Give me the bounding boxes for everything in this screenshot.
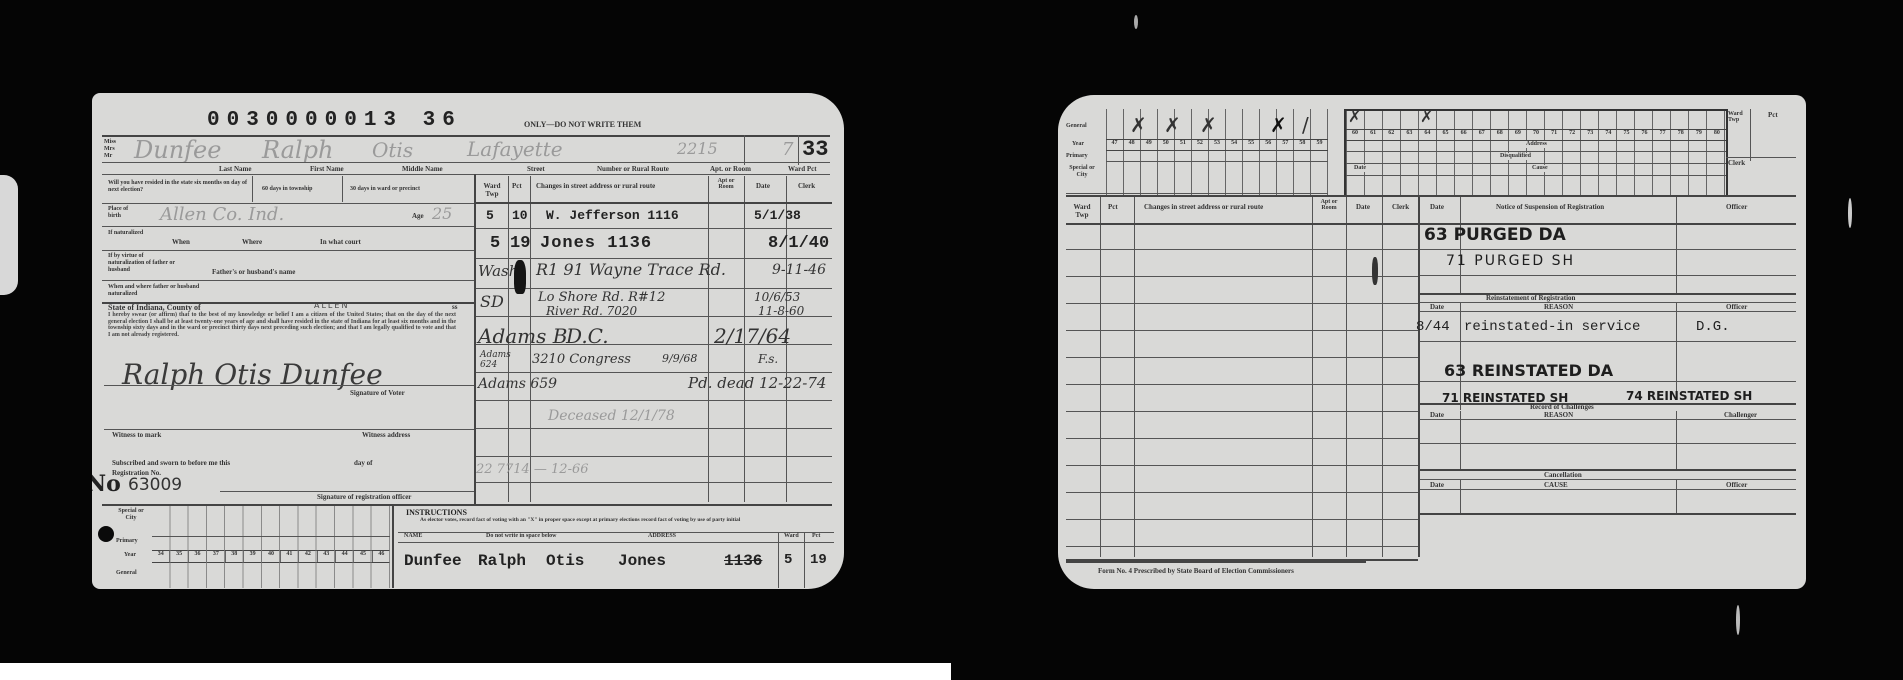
adjacent-card-edge bbox=[0, 175, 18, 295]
change-row-ward: 5 bbox=[490, 234, 500, 253]
change-row-ward: Adams 659 bbox=[478, 376, 557, 392]
reinstatement-entry: 74 REINSTATED SH bbox=[1626, 389, 1752, 403]
change-row-date: 9/9/68 bbox=[662, 352, 697, 365]
street-value: Lafayette bbox=[467, 137, 563, 161]
reinstatement-reason: reinstated-in service bbox=[1464, 319, 1640, 335]
voter-signature: Ralph Otis Dunfee bbox=[122, 358, 383, 391]
change-row-clerk: F.s. bbox=[758, 352, 778, 366]
voting-record-grid-top: General Year Primary Special or City 47 … bbox=[1066, 109, 1330, 195]
change-row-pct: 10 bbox=[512, 208, 528, 223]
voting-record-grid: Special or City Primary Year General 34 … bbox=[116, 506, 398, 588]
year-row: 47 48 49 50 51 52 53 54 55 56 57 58 59 bbox=[1106, 139, 1328, 151]
registration-number: 63009 bbox=[128, 475, 182, 495]
vote-x-mark: ✗ bbox=[1164, 113, 1181, 137]
change-row-address: Deceased 12/1/78 bbox=[548, 408, 675, 424]
registration-card-front: 0030000013 36 ONLY—DO NOT WRITE THEM Mis… bbox=[92, 93, 844, 589]
last-name-label: Last Name bbox=[219, 165, 251, 173]
footer-street: Jones bbox=[618, 552, 666, 570]
change-row-address: W. Jefferson 1116 bbox=[546, 208, 679, 223]
year-row: 60 61 62 63 64 65 66 67 68 69 70 71 72 7… bbox=[1346, 129, 1726, 141]
middle-name-label: Middle Name bbox=[402, 165, 443, 173]
serial-number: 0030000013 36 bbox=[207, 109, 462, 132]
address-changes-table-back: Ward Twp Pct Changes in street address o… bbox=[1066, 197, 1418, 575]
footer-number: 1136 bbox=[724, 552, 762, 570]
vote-x-mark: ✗ bbox=[1270, 113, 1287, 137]
vote-x-mark: / bbox=[1302, 113, 1309, 137]
change-row-address: Lo Shore Rd. R#12 bbox=[538, 290, 665, 305]
address-changes-table: Ward Twp Pct Changes in street address o… bbox=[476, 176, 832, 502]
place-of-birth-value: Allen Co. Ind. bbox=[160, 204, 284, 225]
number-label: Number or Rural Route bbox=[597, 165, 669, 173]
first-name-value: Ralph bbox=[262, 136, 333, 164]
age-value: 25 bbox=[432, 204, 452, 223]
punch-hole bbox=[98, 526, 114, 542]
form-footer: Form No. 4 Prescribed by State Board of … bbox=[1098, 567, 1294, 575]
ink-mark bbox=[1372, 257, 1378, 285]
dust-speck bbox=[1848, 198, 1852, 228]
change-row-date: 11-8-60 bbox=[758, 304, 804, 318]
change-row-date: 2/17/64 bbox=[714, 324, 791, 348]
change-row-address: R1 91 Wayne Trace Rd. bbox=[536, 260, 726, 279]
vote-x-mark: ✗ bbox=[1130, 113, 1147, 137]
change-row-address: 3210 Congress bbox=[532, 352, 631, 367]
first-name-label: First Name bbox=[310, 165, 344, 173]
top-ward-value: 7 bbox=[782, 139, 793, 160]
change-row-date: 5/1/38 bbox=[754, 208, 801, 223]
change-row-ward: 5 bbox=[486, 208, 494, 223]
header-note: ONLY—DO NOT WRITE THEM bbox=[524, 120, 641, 129]
apt-label: Apt. or Room bbox=[710, 165, 751, 173]
vote-x-mark: ✗ bbox=[1200, 113, 1217, 137]
vote-x-mark: ✗ bbox=[1348, 107, 1361, 126]
county-value: ALLEN bbox=[314, 301, 349, 310]
instructions-section: INSTRUCTIONS As elector votes, record fa… bbox=[398, 506, 834, 588]
footer-middle-name: Otis bbox=[546, 552, 584, 570]
last-name-value: Dunfee bbox=[134, 136, 221, 164]
footer-ward: 5 bbox=[784, 552, 792, 568]
reinstatement-date: 8/44 bbox=[1416, 319, 1450, 335]
change-row-date: 10/6/53 bbox=[754, 290, 800, 304]
change-row-ward: Adams 624 bbox=[480, 350, 510, 370]
middle-name-value: Otis bbox=[372, 138, 413, 162]
change-row-date: 8/1/40 bbox=[768, 234, 829, 253]
ink-blot bbox=[514, 260, 526, 294]
suspension-section: Date Notice of Suspension of Registratio… bbox=[1420, 197, 1796, 575]
voting-record-grid-top-right: 60 61 62 63 64 65 66 67 68 69 70 71 72 7… bbox=[1344, 109, 1728, 197]
change-row-ward: Adams B bbox=[478, 324, 567, 348]
footer-pct: 19 bbox=[810, 552, 827, 568]
residency-section: Will you have resided in the state six m… bbox=[102, 176, 474, 368]
suspension-entry: 71 PURGED SH bbox=[1446, 253, 1575, 269]
reinstatement-entry: 63 REINSTATED DA bbox=[1444, 361, 1613, 380]
number-mark: No bbox=[92, 471, 121, 497]
change-row-address: Pd. dead 12-22-74 bbox=[688, 374, 826, 392]
ward-pct-label: Ward Pct bbox=[788, 165, 817, 173]
change-row-address: River Rd. 7020 bbox=[546, 304, 637, 318]
dust-speck bbox=[1736, 605, 1740, 635]
change-row-pct: 19 bbox=[510, 234, 530, 253]
dust-speck bbox=[1134, 15, 1138, 29]
change-row-date: 9-11-46 bbox=[772, 262, 826, 278]
change-row-ward: Wash bbox=[478, 262, 518, 280]
reinstatement-officer: D.G. bbox=[1696, 319, 1730, 335]
change-row-address: D.C. bbox=[566, 324, 609, 348]
footer-last-name: Dunfee bbox=[404, 552, 462, 570]
top-pct-value: 33 bbox=[802, 137, 828, 162]
vote-x-mark: ✗ bbox=[1420, 107, 1433, 126]
blank-strip bbox=[0, 663, 951, 680]
change-row-address: 22 7714 — 12-66 bbox=[476, 462, 589, 477]
footer-first-name: Ralph bbox=[478, 552, 526, 570]
registration-card-back: General Year Primary Special or City 47 … bbox=[1058, 95, 1806, 589]
title-prefix: Miss Mrs Mr bbox=[104, 139, 116, 160]
suspension-entry: 63 PURGED DA bbox=[1424, 225, 1566, 245]
change-row-ward: SD bbox=[480, 292, 504, 311]
change-row-address: Jones 1136 bbox=[540, 234, 652, 253]
number-value: 2215 bbox=[677, 139, 718, 158]
street-label: Street bbox=[527, 165, 545, 173]
